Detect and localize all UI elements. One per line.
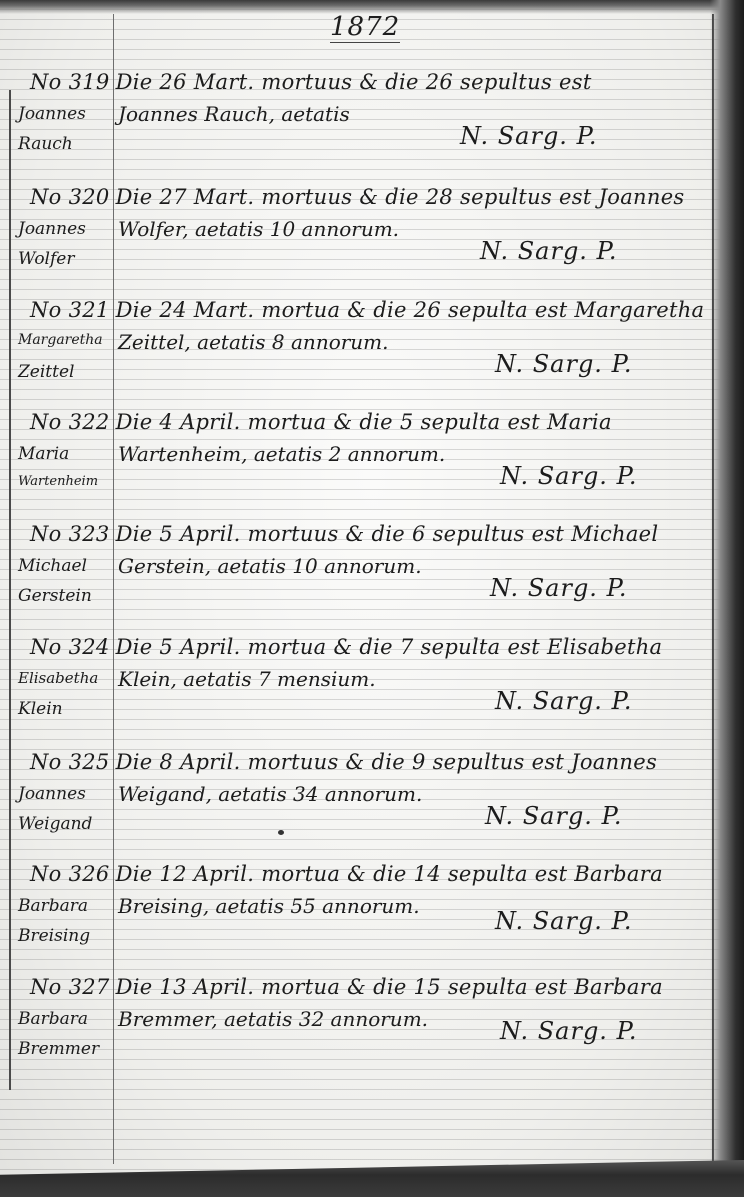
margin-surname: Klein [18,699,63,719]
entry-line-2: Joannes Rauch, aetatis [118,102,350,126]
margin-given-name: Joannes [18,784,86,804]
entry-line-1: No 323Die 5 April. mortuus & die 6 sepul… [30,522,658,546]
entry-line-2: Breising, aetatis 55 annorum. [118,894,420,918]
entry-line-2: Klein, aetatis 7 mensium. [118,667,376,691]
margin-given-name: Barbara [18,1009,88,1029]
margin-given-name: Maria [18,444,69,464]
entry-number: No 325 [30,750,110,774]
priest-signature: N. Sarg. P. [480,237,617,265]
entry-line-2: Weigand, aetatis 34 annorum. [118,782,422,806]
entry-number: No 319 [30,70,110,94]
entry-line-2: Gerstein, aetatis 10 annorum. [118,554,422,578]
entry-text: Die 8 April. mortuus & die 9 sepultus es… [116,750,657,774]
margin-surname: Weigand [18,814,92,834]
register-entry: No 321Die 24 Mart. mortua & die 26 sepul… [0,298,712,408]
register-entry: No 322Die 4 April. mortua & die 5 sepult… [0,410,712,520]
register-page: 1872 No 319Die 26 Mart. mortuus & die 26… [0,0,744,1197]
entry-number: No 320 [30,185,110,209]
register-entry: No 319Die 26 Mart. mortuus & die 26 sepu… [0,70,712,180]
ink-blot [278,830,284,835]
margin-given-name: Barbara [18,896,88,916]
entry-text: Die 5 April. mortua & die 7 sepulta est … [116,635,663,659]
entry-line-2: Zeittel, aetatis 8 annorum. [118,330,389,354]
entry-line-1: No 321Die 24 Mart. mortua & die 26 sepul… [30,298,704,322]
margin-given-name: Joannes [18,219,86,239]
priest-signature: N. Sarg. P. [460,122,597,150]
entry-line-1: No 327Die 13 April. mortua & die 15 sepu… [30,975,663,999]
priest-signature: N. Sarg. P. [495,907,632,935]
entry-text: Die 26 Mart. mortuus & die 26 sepultus e… [116,70,592,94]
entry-text: Die 12 April. mortua & die 14 sepulta es… [116,862,663,886]
register-entry: No 320Die 27 Mart. mortuus & die 28 sepu… [0,185,712,295]
entry-text: Die 27 Mart. mortuus & die 28 sepultus e… [116,185,685,209]
entry-text: Die 24 Mart. mortua & die 26 sepulta est… [116,298,705,322]
register-entry: No 327Die 13 April. mortua & die 15 sepu… [0,975,712,1085]
margin-given-name: Margaretha [18,332,103,348]
entry-number: No 327 [30,975,110,999]
margin-surname: Breising [18,926,90,946]
entry-number: No 323 [30,522,110,546]
margin-surname: Wolfer [18,249,74,269]
margin-surname: Rauch [18,134,73,154]
entry-number: No 322 [30,410,110,434]
entry-line-1: No 325Die 8 April. mortuus & die 9 sepul… [30,750,657,774]
priest-signature: N. Sarg. P. [495,687,632,715]
margin-surname: Gerstein [18,586,92,606]
entry-number: No 324 [30,635,110,659]
priest-signature: N. Sarg. P. [500,1017,637,1045]
entry-line-2: Bremmer, aetatis 32 annorum. [118,1007,428,1031]
margin-surname: Zeittel [18,362,74,382]
entry-line-1: No 324Die 5 April. mortua & die 7 sepult… [30,635,662,659]
register-entry: No 324Die 5 April. mortua & die 7 sepult… [0,635,712,745]
priest-signature: N. Sarg. P. [495,350,632,378]
margin-given-name: Michael [18,556,87,576]
register-entry: No 326Die 12 April. mortua & die 14 sepu… [0,862,712,972]
entry-line-1: No 320Die 27 Mart. mortuus & die 28 sepu… [30,185,685,209]
entry-line-1: No 326Die 12 April. mortua & die 14 sepu… [30,862,663,886]
entry-line-2: Wartenheim, aetatis 2 annorum. [118,442,445,466]
entry-text: Die 5 April. mortuus & die 6 sepultus es… [116,522,659,546]
margin-surname: Wartenheim [18,474,98,489]
entry-line-1: No 322Die 4 April. mortua & die 5 sepult… [30,410,612,434]
entry-line-1: No 319Die 26 Mart. mortuus & die 26 sepu… [30,70,592,94]
entry-line-2: Wolfer, aetatis 10 annorum. [118,217,399,241]
margin-given-name: Elisabetha [18,669,98,687]
entry-text: Die 13 April. mortua & die 15 sepulta es… [116,975,663,999]
priest-signature: N. Sarg. P. [490,574,627,602]
entry-number: No 321 [30,298,110,322]
register-entry: No 325Die 8 April. mortuus & die 9 sepul… [0,750,712,860]
scan-bottom-edge [0,1160,744,1197]
margin-surname: Bremmer [18,1039,99,1059]
margin-given-name: Joannes [18,104,86,124]
binding-shadow [710,0,744,1197]
priest-signature: N. Sarg. P. [485,802,622,830]
priest-signature: N. Sarg. P. [500,462,637,490]
year-header: 1872 [330,12,400,43]
entry-number: No 326 [30,862,110,886]
entry-text: Die 4 April. mortua & die 5 sepulta est … [116,410,612,434]
register-entry: No 323Die 5 April. mortuus & die 6 sepul… [0,522,712,632]
